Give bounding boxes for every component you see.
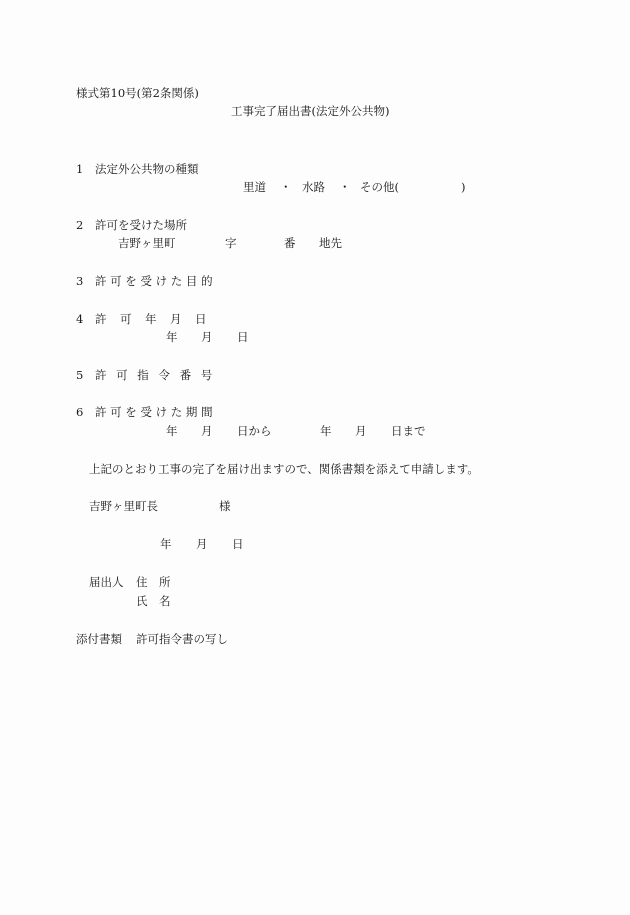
period-end-year: 年 [320, 424, 332, 438]
option-separator: ・ [339, 180, 351, 194]
section-6-label: 許 可 を 受 け た 期 間 [95, 405, 213, 419]
permit-date-year: 年 [166, 330, 178, 344]
applicant-address-label: 住 所 [136, 575, 171, 589]
section-1-number: 1 [76, 162, 83, 176]
form-number: 様式第10号(第2条関係) [76, 86, 199, 100]
period-start-year: 年 [166, 424, 178, 438]
declaration-statement: 上記のとおり工事の完了を届け出ますので、関係書類を添えて申請します。 [89, 462, 479, 476]
option-suiro: 水路 [302, 180, 325, 194]
section-2-label: 許可を受けた場所 [95, 218, 187, 232]
applicant-label: 届出人 [89, 575, 124, 589]
permit-date-day: 日 [237, 330, 249, 344]
section-3-label: 許 可 を 受 け た 目 的 [95, 274, 213, 288]
addressee-honorific: 様 [219, 499, 231, 513]
option-other-close: ) [461, 180, 466, 194]
period-start-month: 月 [201, 424, 213, 438]
document-title: 工事完了届出書(法定外公共物) [231, 104, 389, 118]
section-1-label: 法定外公共物の種類 [95, 162, 199, 176]
submission-day: 日 [232, 537, 244, 551]
section-4-label: 許 可 年 月 日 [95, 312, 208, 326]
period-start-day: 日から [237, 424, 272, 438]
submission-month: 月 [196, 537, 208, 551]
section-3-number: 3 [76, 274, 83, 288]
section-6-number: 6 [76, 405, 83, 419]
section-2-number: 2 [76, 218, 83, 232]
address-chisaki: 地先 [319, 236, 342, 250]
attachments-label: 添付書類 [76, 632, 122, 646]
option-separator: ・ [280, 180, 292, 194]
period-end-month: 月 [355, 424, 367, 438]
attachments-value: 許可指令書の写し [136, 632, 228, 646]
applicant-name-label: 氏 名 [136, 594, 171, 608]
addressee-name: 吉野ヶ里町長 [89, 499, 158, 513]
permit-date-month: 月 [201, 330, 213, 344]
address-ban: 番 [284, 236, 296, 250]
submission-year: 年 [160, 537, 172, 551]
period-end-day: 日まで [391, 424, 426, 438]
address-aza: 字 [225, 236, 237, 250]
address-town: 吉野ヶ里町 [118, 236, 176, 250]
option-satomichi: 里道 [243, 180, 266, 194]
option-other: その他( [360, 180, 399, 194]
section-5-label: 許 可 指 令 番 号 [95, 368, 215, 382]
section-5-number: 5 [76, 368, 83, 382]
section-4-number: 4 [76, 312, 83, 326]
